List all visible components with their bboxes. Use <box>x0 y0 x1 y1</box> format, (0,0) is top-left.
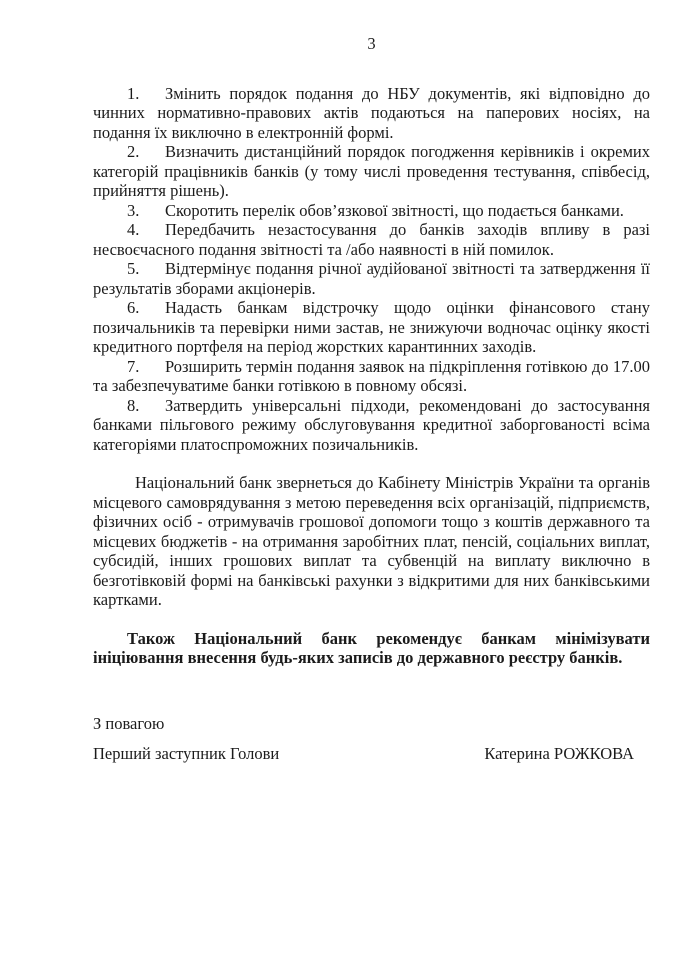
closing-salutation: З повагою <box>93 714 650 734</box>
list-item: 1.Змінить порядок подання до НБУ докумен… <box>93 84 650 143</box>
list-item: 3.Скоротить перелік обов’язкової звітнос… <box>93 201 650 221</box>
item-text: Надасть банкам відстрочку щодо оцінки фі… <box>93 298 650 356</box>
item-text: Скоротить перелік обов’язкової звітності… <box>165 201 624 220</box>
body-paragraph: Національний банк звернеться до Кабінету… <box>93 473 650 610</box>
item-text: Визначить дистанційний порядок погодженн… <box>93 142 650 200</box>
item-number: 4. <box>127 220 165 240</box>
item-number: 7. <box>127 357 165 377</box>
item-text: Відтермінує подання річної аудійованої з… <box>93 259 650 298</box>
item-number: 2. <box>127 142 165 162</box>
signature-name: Катерина РОЖКОВА <box>484 744 634 764</box>
list-item: 2.Визначить дистанційний порядок погодже… <box>93 142 650 201</box>
item-text: Змінить порядок подання до НБУ документі… <box>93 84 650 142</box>
list-item: 4.Передбачить незастосування до банків з… <box>93 220 650 259</box>
item-text: Передбачить незастосування до банків зах… <box>93 220 650 259</box>
item-number: 3. <box>127 201 165 221</box>
document-page: 3 1.Змінить порядок подання до НБУ докум… <box>0 0 679 960</box>
signature-row: Перший заступник Голови Катерина РОЖКОВА <box>93 744 650 764</box>
item-text: Затвердить універсальні підходи, рекомен… <box>93 396 650 454</box>
item-number: 8. <box>127 396 165 416</box>
bold-recommendation-paragraph: Також Національний банк рекомендує банка… <box>93 629 650 668</box>
page-number: 3 <box>93 34 650 54</box>
list-item: 5.Відтермінує подання річної аудійованої… <box>93 259 650 298</box>
item-number: 5. <box>127 259 165 279</box>
item-number: 1. <box>127 84 165 104</box>
signature-title: Перший заступник Голови <box>93 744 279 764</box>
item-number: 6. <box>127 298 165 318</box>
item-text: Розширить термін подання заявок на підкр… <box>93 357 650 396</box>
list-item: 7.Розширить термін подання заявок на під… <box>93 357 650 396</box>
list-item: 8.Затвердить універсальні підходи, реком… <box>93 396 650 455</box>
list-item: 6.Надасть банкам відстрочку щодо оцінки … <box>93 298 650 357</box>
